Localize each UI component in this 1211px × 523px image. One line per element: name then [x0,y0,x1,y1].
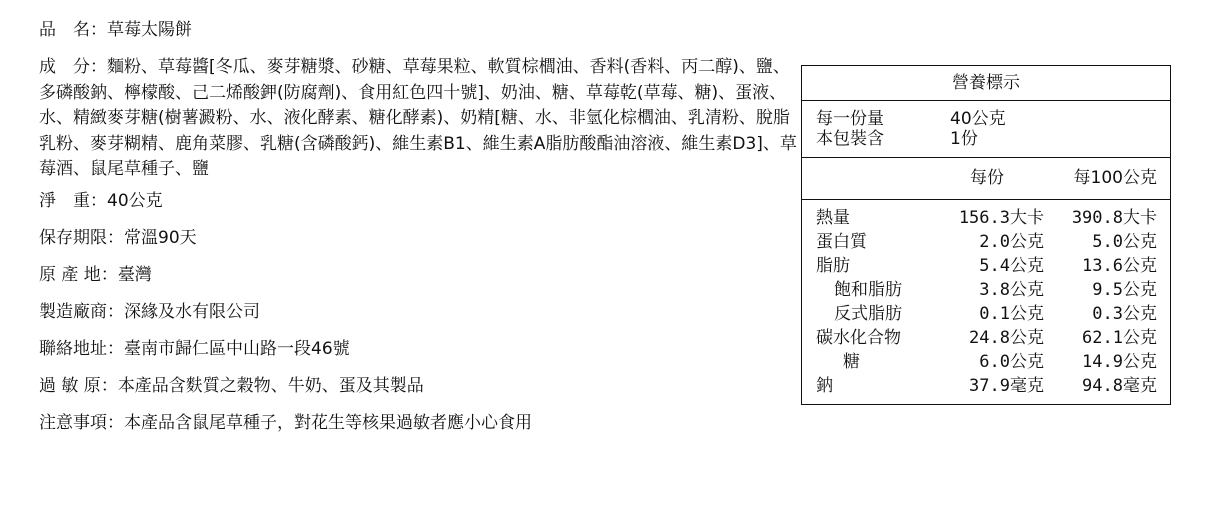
origin-label: 原 產 地 [39,263,101,289]
nutrient-name: 蛋白質 [816,230,928,254]
notes-value: 本產品含鼠尾草種子，對花生等核果過敏者應小心食用 [124,411,799,437]
nutrient-row-trans-fat: 反式脂肪 0.1公克 0.3公克 [816,302,1157,326]
nutrient-name: 碳水化合物 [816,326,928,350]
serving-info: 每一份量 40公克 本包裝含 1份 [802,101,1170,158]
nutrient-per-serving: 37.9毫克 [928,374,1044,398]
nutrient-name: 脂肪 [816,254,928,278]
column-blank [816,158,928,199]
product-name-row: 品 名：草莓太陽餅 [39,18,799,44]
nutrient-name: 飽和脂肪 [816,278,928,302]
nutrient-per-100g: 0.3公克 [1044,302,1157,326]
servings-per-pack-value: 1份 [950,129,978,149]
colon: ： [107,337,124,363]
nutrient-per-100g: 14.9公克 [1044,350,1157,374]
colon: ： [90,18,107,44]
nutrient-per-100g: 5.0公克 [1044,230,1157,254]
shelf-life-label: 保存期限 [39,226,107,252]
notes-row: 注意事項：本產品含鼠尾草種子，對花生等核果過敏者應小心食用 [39,411,799,437]
net-weight-row: 淨 重：40公克 [39,189,799,215]
colon: ： [107,300,124,326]
shelf-life-value: 常溫90天 [124,226,799,252]
address-row: 聯絡地址：臺南市歸仁區中山路一段46號 [39,337,799,363]
nutrient-per-100g: 9.5公克 [1044,278,1157,302]
nutrient-row-sugar: 糖 6.0公克 14.9公克 [816,350,1157,374]
product-name-value: 草莓太陽餅 [107,18,799,44]
nutrient-per-serving: 0.1公克 [928,302,1044,326]
nutrient-row-carbohydrate: 碳水化合物 24.8公克 62.1公克 [816,326,1157,350]
nutrient-name: 鈉 [816,374,928,398]
ingredients-row: 成 分：麵粉、草莓醬[冬瓜、麥芽糖漿、砂糖、草莓果粒、軟質棕櫚油、香料(香料、丙… [39,55,799,183]
nutrient-per-100g: 62.1公克 [1044,326,1157,350]
nutrient-row-saturated-fat: 飽和脂肪 3.8公克 9.5公克 [816,278,1157,302]
nutrient-per-serving: 5.4公克 [928,254,1044,278]
allergens-row: 過 敏 原：本產品含麩質之穀物、牛奶、蛋及其製品 [39,374,799,400]
nutrition-rows: 熱量 156.3大卡 390.8大卡 蛋白質 2.0公克 5.0公克 脂肪 5.… [802,200,1170,404]
nutrient-row-calories: 熱量 156.3大卡 390.8大卡 [816,206,1157,230]
manufacturer-row: 製造廠商：深緣及水有限公司 [39,300,799,326]
nutrient-per-100g: 94.8毫克 [1044,374,1157,398]
column-per-100g: 每100公克 [1046,158,1157,199]
servings-per-pack-row: 本包裝含 1份 [816,129,1156,149]
nutrient-row-protein: 蛋白質 2.0公克 5.0公克 [816,230,1157,254]
serving-size-label: 每一份量 [816,109,950,129]
colon: ： [107,226,124,252]
net-weight-label: 淨 重 [39,189,90,215]
shelf-life-row: 保存期限：常溫90天 [39,226,799,252]
ingredients-value: 麵粉、草莓醬[冬瓜、麥芽糖漿、砂糖、草莓果粒、軟質棕櫚油、香料(香料、丙二醇)、… [39,57,797,179]
ingredients-block: 成 分：麵粉、草莓醬[冬瓜、麥芽糖漿、砂糖、草莓果粒、軟質棕櫚油、香料(香料、丙… [39,55,799,183]
origin-row: 原 產 地：臺灣 [39,263,799,289]
colon: ： [107,411,124,437]
nutrient-per-serving: 156.3大卡 [928,206,1044,230]
colon: ： [101,374,118,400]
allergens-value: 本產品含麩質之穀物、牛奶、蛋及其製品 [118,374,799,400]
nutrient-row-sodium: 鈉 37.9毫克 94.8毫克 [816,374,1157,398]
colon: ： [90,189,107,215]
nutrition-facts-table: 營養標示 每一份量 40公克 本包裝含 1份 每份 每100公克 熱量 156.… [801,65,1171,405]
nutrient-per-serving: 24.8公克 [928,326,1044,350]
net-weight-value: 40公克 [107,189,799,215]
colon: ： [101,263,118,289]
servings-per-pack-label: 本包裝含 [816,129,950,149]
address-value: 臺南市歸仁區中山路一段46號 [124,337,799,363]
nutrient-per-serving: 6.0公克 [928,350,1044,374]
serving-size-row: 每一份量 40公克 [816,109,1156,129]
product-name-label: 品 名 [39,18,90,44]
nutrient-per-100g: 390.8大卡 [1044,206,1157,230]
origin-value: 臺灣 [118,263,799,289]
serving-size-value: 40公克 [950,109,1006,129]
nutrient-per-100g: 13.6公克 [1044,254,1157,278]
nutrient-row-fat: 脂肪 5.4公克 13.6公克 [816,254,1157,278]
nutrition-title: 營養標示 [802,66,1170,101]
address-label: 聯絡地址 [39,337,107,363]
nutrient-name: 熱量 [816,206,928,230]
nutrient-per-serving: 2.0公克 [928,230,1044,254]
nutrition-column-header: 每份 每100公克 [802,158,1170,200]
nutrient-name: 糖 [816,350,928,374]
manufacturer-label: 製造廠商 [39,300,107,326]
nutrient-name: 反式脂肪 [816,302,928,326]
ingredients-label: 成 分 [39,57,90,77]
manufacturer-value: 深緣及水有限公司 [124,300,799,326]
nutrient-per-serving: 3.8公克 [928,278,1044,302]
notes-label: 注意事項 [39,411,107,437]
colon: ： [90,57,107,77]
column-per-serving: 每份 [928,158,1046,199]
product-info: 品 名：草莓太陽餅 成 分：麵粉、草莓醬[冬瓜、麥芽糖漿、砂糖、草莓果粒、軟質棕… [39,18,799,448]
allergens-label: 過 敏 原 [39,374,101,400]
